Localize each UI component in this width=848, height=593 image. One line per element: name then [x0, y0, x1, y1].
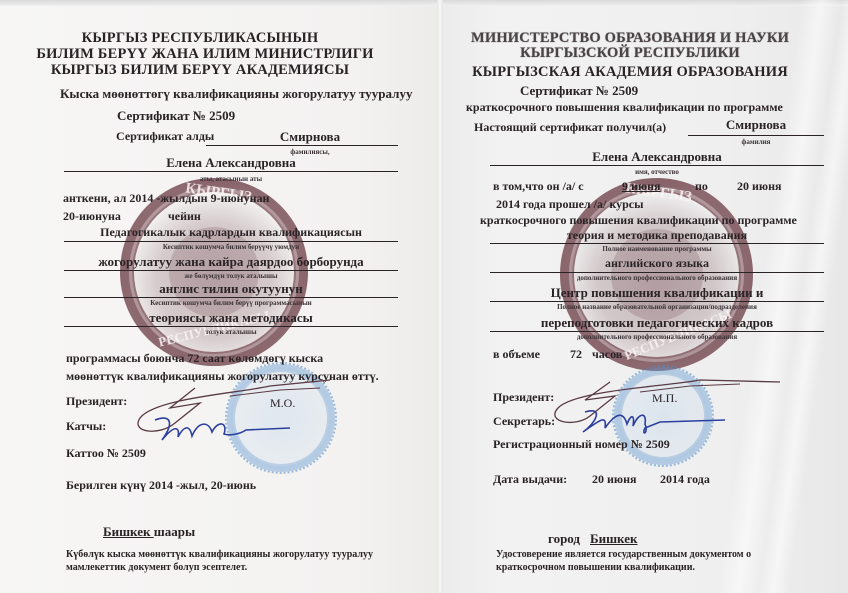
right-program-line-1: теория и методика преподавания: [490, 228, 824, 243]
underline: [64, 297, 398, 298]
left-issue-date: Берилген күнү 2014 -жыл, 20-июнь: [66, 478, 256, 493]
left-president-label: Президент:: [66, 394, 127, 409]
right-surname-caption: фамилия: [688, 138, 824, 146]
left-city: Бишкек шаары: [103, 524, 195, 540]
left-registration-number: Каттоо № 2509: [66, 446, 146, 461]
left-subtitle: Кыска мөөнөттөгү квалификацияны жогорула…: [60, 86, 412, 102]
right-city-name: Бишкек: [590, 531, 638, 547]
left-program-line-1: англис тилин окутуунун: [64, 281, 398, 297]
right-dates-mid: по: [695, 179, 708, 194]
right-volume-label: в объеме: [493, 347, 540, 362]
left-program-caption-2: толук аталышы: [64, 328, 398, 336]
right-volume-unit: часов: [592, 347, 622, 362]
underline: [64, 326, 398, 327]
left-recipient-label: Сертификат алды: [116, 129, 214, 144]
left-dates-line-2-start: 20-июнуна: [63, 209, 121, 224]
left-given-names-value: Елена Александровна: [64, 155, 398, 171]
left-org-line-2: жогорулатуу жана кайра даярдоо борборунд…: [64, 254, 398, 270]
left-org-caption-2: же бөлүмдүн толук аталышы: [64, 272, 398, 280]
left-footer-line-2: мамлекеттик документ болуп эсептелет.: [66, 562, 247, 573]
right-city-label: город: [548, 531, 580, 547]
underline: [490, 331, 824, 332]
underline: [64, 171, 398, 172]
left-header-line-3: КЫРГЫЗ БИЛИМ БЕРҮҮ АКАДЕМИЯСЫ: [0, 62, 400, 79]
secretary-signature-right: [575, 404, 755, 444]
left-given-names-caption: аты, атасынын аты: [64, 175, 398, 183]
left-dates-line-2-end: чейин: [168, 209, 201, 224]
left-header-line-2: БИЛИМ БЕРҮҮ ЖАНА ИЛИМ МИНИСТРЛИГИ: [0, 46, 410, 63]
right-program-caption-2: дополнительного профессионального образо…: [490, 274, 824, 282]
secretary-signature-left: [150, 412, 300, 452]
left-program-line-2: теориясы жана методикасы: [64, 310, 398, 326]
scan-edge: [0, 0, 848, 6]
underline: [490, 272, 824, 273]
right-header-line-3: КЫРГЫЗСКАЯ АКАДЕМИЯ ОБРАЗОВАНИЯ: [440, 64, 820, 81]
right-program-caption-1: Полное наименование программы: [490, 245, 824, 253]
left-surname-value: Смирнова: [240, 129, 380, 145]
underline: [64, 241, 398, 242]
right-issue-year: 2014 года: [660, 472, 710, 487]
underline: [490, 301, 824, 302]
left-completion-line-1: программасы боюнча 72 саат көлөмдөгү кыс…: [66, 351, 323, 366]
right-org-caption-2: дополнительного профессионального образо…: [490, 333, 824, 341]
underline: [490, 165, 824, 166]
right-issue-day: 20 июня: [592, 472, 637, 487]
page-fold: [437, 0, 443, 593]
left-program-caption-1: Кесиптик кошумча билим берүү программасы…: [64, 299, 398, 307]
right-surname-value: Смирнова: [688, 117, 824, 133]
left-footer-line-1: Күбөлүк кыска мөөнөттүк квалификацияны ж…: [66, 549, 373, 560]
underline: [490, 243, 824, 244]
right-org-line-2: переподготовки педагогических кадров: [490, 315, 824, 331]
right-org-caption-1: Полное название образовательной организа…: [490, 303, 824, 311]
right-date-from: 9 июня: [622, 179, 661, 194]
left-org-line-1: Педагогикалык кадрлардын квалификациясын: [64, 225, 398, 240]
right-given-names-value: Елена Александровна: [490, 149, 824, 165]
right-footer-line-1: Удостоверение является государственным д…: [496, 549, 751, 560]
right-recipient-label: Настоящий сертификат получил(а): [474, 120, 666, 135]
left-header-line-1: КЫРГЫЗ РЕСПУБЛИКАСЫНЫН: [0, 30, 400, 47]
left-dates-line-1: анткени, ал 2014 -жылдын 9-июнунан: [63, 191, 269, 206]
left-org-caption-1: Кесиптик кошумча билим берүүчү уюмдун: [64, 243, 398, 251]
right-dates-prefix: в том,что он /а/ с: [493, 179, 584, 194]
right-footer-line-2: краткосрочном повышении квалификации.: [496, 562, 695, 573]
right-program-line-2: английского языка: [490, 256, 824, 271]
underline: [206, 145, 398, 146]
right-given-names-caption: имя, отчество: [490, 168, 824, 176]
right-subtitle: краткосрочного повышения квалификации по…: [466, 100, 783, 115]
underline: [64, 270, 398, 271]
underline: [688, 135, 824, 136]
right-volume-hours: 72: [570, 347, 582, 362]
left-certificate-number: Сертификат № 2509: [117, 108, 235, 124]
right-certificate-number: Сертификат № 2509: [520, 83, 638, 99]
right-org-line-1: Центр повышения квалификации и: [490, 285, 824, 301]
left-city-name: Бишкек: [103, 524, 154, 539]
right-header-line-2: КЫРГЫЗСКОЙ РЕСПУБЛИКИ: [440, 45, 820, 62]
right-date-to: 20 июня: [737, 179, 782, 194]
right-issue-label: Дата выдачи:: [493, 472, 567, 487]
left-city-suffix: шаары: [154, 524, 195, 539]
right-year-line: 2014 года прошел /а/ курсы: [496, 197, 643, 212]
right-course-line: краткосрочного повышения квалификации по…: [480, 213, 797, 228]
left-secretary-label: Катчы:: [66, 419, 106, 434]
